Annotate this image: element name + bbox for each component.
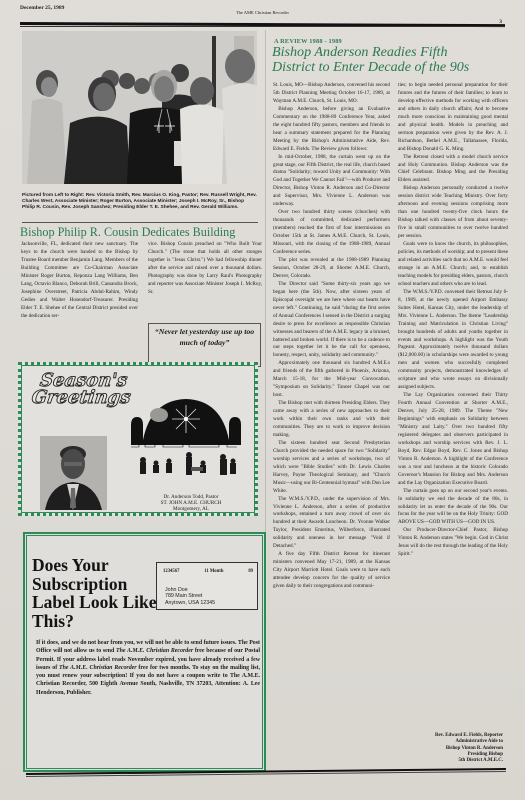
label-address: John Doe 789 Main Street Anytown, USA 12… bbox=[165, 587, 215, 606]
group-photo-illustration bbox=[22, 31, 257, 184]
caption-rule bbox=[22, 222, 258, 223]
newspaper-page: December 25, 1989 The AME Christian Reco… bbox=[0, 0, 525, 800]
group-photo bbox=[22, 31, 257, 184]
cousin-column-1: Jacksonville, FL, dedicated their new sa… bbox=[21, 241, 138, 321]
review-column-1: St. Louis, MO—Bishop Anderson, convened … bbox=[273, 82, 390, 772]
subscription-headline: Does Your Subscription Label Look Like T… bbox=[32, 556, 172, 630]
greetings-title: Season's Greetings bbox=[31, 372, 134, 406]
sample-mailing-label: 1234567 11 Month 89 John Doe 789 Main St… bbox=[156, 562, 258, 610]
review-headline: Bishop Anderson Readies Fifth District t… bbox=[272, 45, 522, 75]
byline-line-5: 5th District A.M.E.C. bbox=[373, 758, 503, 764]
pull-quote: “Never let yesterday use up too much of … bbox=[148, 323, 261, 367]
photo-caption: Pictured from Left to Right: Rev. Victor… bbox=[22, 193, 258, 212]
review-headline-line1: Bishop Anderson Readies Fifth bbox=[272, 45, 522, 60]
publication-title-italic-2: The A.M.E. Christian Recorder bbox=[59, 665, 137, 671]
pastor-portrait-illustration bbox=[40, 436, 107, 510]
subscription-body: If it does, and we do not hear from you,… bbox=[36, 639, 260, 697]
label-city: Anytown, USA 12345 bbox=[165, 600, 215, 606]
pastor-portrait bbox=[40, 436, 107, 510]
label-expiry-year: 89 bbox=[248, 569, 253, 574]
label-header-row: 1234567 11 Month 89 bbox=[163, 569, 253, 574]
pull-quote-text: “Never let yesterday use up too much of … bbox=[155, 327, 254, 347]
greetings-title-line2: Greetings bbox=[31, 389, 132, 406]
greetings-caption: Dr. Anderson Todd, Pastor ST. JOHN A.M.E… bbox=[141, 494, 241, 513]
church-location: Montgomery, AL bbox=[141, 506, 241, 512]
cousin-column-2: vice. Bishop Cousin preached on "Who Bui… bbox=[148, 241, 262, 297]
subscription-ad: Does Your Subscription Label Look Like T… bbox=[23, 532, 266, 772]
cousin-headline: Bishop Philip R. Cousin Dedicates Buildi… bbox=[20, 225, 265, 240]
review-column-2: ties; to begin needed personal preparati… bbox=[398, 82, 508, 722]
seasons-greetings-ad: Season's Greetings bbox=[18, 362, 258, 516]
label-expiry-month: 11 Month bbox=[204, 569, 223, 574]
publication-title-italic-1: The A.M.E. Christian Recorder bbox=[116, 648, 193, 654]
label-account-number: 1234567 bbox=[163, 569, 179, 574]
masthead-rule-thin bbox=[20, 26, 505, 27]
review-headline-line2: District to Enter Decade of the 90s bbox=[272, 60, 522, 75]
reporter-byline: Rev. Edward E. Fields, Reporter Administ… bbox=[373, 733, 503, 764]
nativity-scene-icon bbox=[121, 395, 251, 480]
publication-name: The AME Christian Recorder bbox=[0, 10, 525, 15]
